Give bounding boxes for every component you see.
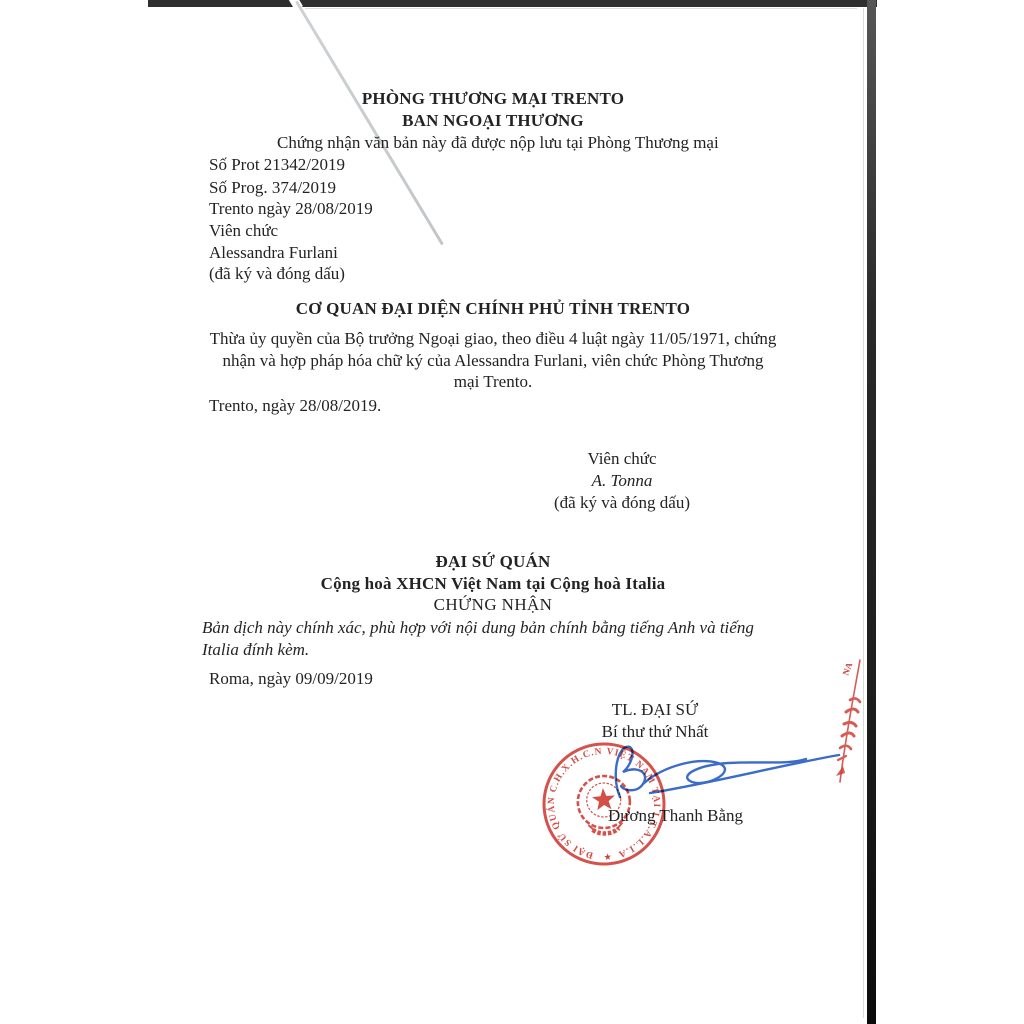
stamp-star-icon: ★	[603, 852, 612, 863]
chamber-subtitle: BAN NGOẠI THƯƠNG	[143, 111, 843, 131]
officer-role: Viên chức	[472, 449, 772, 469]
scan-right-edge-highlight	[863, 8, 864, 1018]
scan-top-edge-shadow	[305, 8, 857, 9]
embassy-subtitle: Cộng hoà XHCN Việt Nam tại Cộng hoà Ital…	[143, 574, 843, 594]
gov-office-date-line: Trento, ngày 28/08/2019.	[209, 396, 381, 416]
scanned-document-page: PHÒNG THƯƠNG MẠI TRENTO BAN NGOẠI THƯƠNG…	[0, 0, 1024, 1024]
signature-stroke-icon	[592, 737, 847, 805]
scan-top-edge	[148, 0, 877, 7]
embassy-certify-heading: CHỨNG NHẬN	[143, 595, 843, 615]
officer-signed-note: (đã ký và đóng dấu)	[472, 493, 772, 513]
embassy-statement-line-1: Bản dịch này chính xác, phù hợp với nội …	[202, 618, 754, 638]
signer-title: TL. ĐẠI SỨ	[555, 700, 755, 720]
partial-stamp-fragment-icon: NA	[830, 652, 866, 792]
prot-number-line: Số Prot 21342/2019	[209, 155, 345, 175]
chamber-date-line: Trento ngày 28/08/2019	[209, 199, 373, 219]
prog-number-line: Số Prog. 374/2019	[209, 178, 336, 198]
embassy-statement-line-2: Italia đính kèm.	[202, 640, 309, 660]
chamber-officer-role: Viên chức	[209, 221, 278, 241]
gov-office-title: CƠ QUAN ĐẠI DIỆN CHÍNH PHỦ TỈNH TRENTO	[143, 299, 843, 319]
chamber-cert-line: Chứng nhận văn bản này đã được nộp lưu t…	[209, 133, 719, 153]
embassy-date-line: Roma, ngày 09/09/2019	[209, 669, 373, 689]
chamber-officer-name: Alessandra Furlani	[209, 243, 338, 263]
chamber-title: PHÒNG THƯƠNG MẠI TRENTO	[143, 89, 843, 109]
gov-office-paragraph-line-2: nhận và hợp pháp hóa chữ ký của Alessand…	[143, 351, 843, 371]
fragment-mark	[836, 766, 845, 776]
chamber-signed-note: (đã ký và đóng dấu)	[209, 264, 345, 284]
fragment-letters: NA	[840, 661, 854, 677]
gov-office-paragraph-line-1: Thừa ủy quyền của Bộ trưởng Ngoại giao, …	[143, 329, 843, 349]
embassy-title: ĐẠI SỨ QUÁN	[143, 552, 843, 572]
gov-office-paragraph-line-3: mại Trento.	[143, 372, 843, 392]
officer-name: A. Tonna	[472, 471, 772, 491]
scan-right-edge	[867, 0, 876, 1024]
